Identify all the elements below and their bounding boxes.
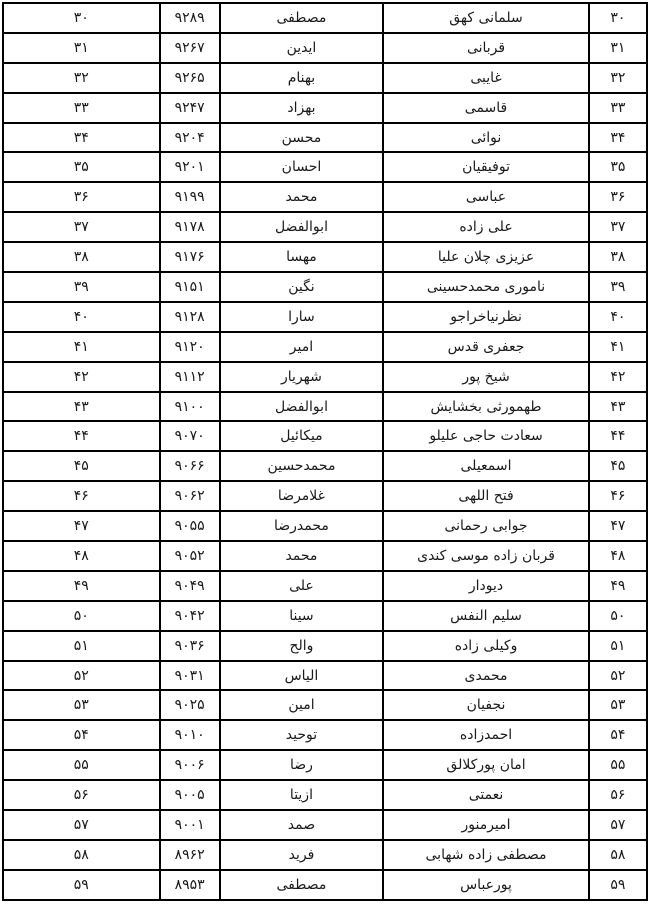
table-row: ۴۷جوابی رحمانیمحمدرضا۹۰۵۵۴۷ — [3, 511, 647, 541]
score-cell: ۹۰۴۲ — [160, 601, 220, 631]
score-cell: ۹۲۴۷ — [160, 93, 220, 123]
first-name-cell: فرید — [220, 840, 384, 870]
rank-left-cell: ۴۴ — [3, 421, 160, 451]
rank-right-cell: ۴۷ — [589, 511, 647, 541]
last-name-cell: نظرنیاخراجو — [383, 302, 589, 332]
rank-left-cell: ۳۷ — [3, 212, 160, 242]
score-cell: ۹۱۲۸ — [160, 302, 220, 332]
first-name-cell: ایدین — [220, 33, 384, 63]
rank-left-cell: ۴۶ — [3, 481, 160, 511]
rank-left-cell: ۳۶ — [3, 182, 160, 212]
last-name-cell: احمدزاده — [383, 720, 589, 750]
first-name-cell: غلامرضا — [220, 481, 384, 511]
rank-left-cell: ۳۱ — [3, 33, 160, 63]
last-name-cell: محمدی — [383, 661, 589, 691]
first-name-cell: مهسا — [220, 242, 384, 272]
last-name-cell: علی زاده — [383, 212, 589, 242]
first-name-cell: احسان — [220, 152, 384, 182]
score-cell: ۸۹۵۳ — [160, 870, 220, 900]
last-name-cell: اسمعیلی — [383, 451, 589, 481]
rank-left-cell: ۴۷ — [3, 511, 160, 541]
table-row: ۴۸قربان زاده موسی کندیمحمد۹۰۵۲۴۸ — [3, 541, 647, 571]
first-name-cell: مصطفی — [220, 870, 384, 900]
table-row: ۵۴احمدزادهتوحید۹۰۱۰۵۴ — [3, 720, 647, 750]
table-row: ۵۵امان پورکلالقرضا۹۰۰۶۵۵ — [3, 750, 647, 780]
last-name-cell: سلیم النفس — [383, 601, 589, 631]
table-row: ۵۳نجفیانامین۹۰۲۵۵۳ — [3, 690, 647, 720]
score-cell: ۹۲۶۵ — [160, 63, 220, 93]
first-name-cell: امیر — [220, 332, 384, 362]
rank-left-cell: ۵۸ — [3, 840, 160, 870]
table-row: ۴۴سعادت حاجی علیلومیکائیل۹۰۷۰۴۴ — [3, 421, 647, 451]
rank-right-cell: ۵۵ — [589, 750, 647, 780]
first-name-cell: میکائیل — [220, 421, 384, 451]
rank-right-cell: ۵۶ — [589, 780, 647, 810]
last-name-cell: دیودار — [383, 571, 589, 601]
table-row: ۳۱قربانیایدین۹۲۶۷۳۱ — [3, 33, 647, 63]
score-cell: ۹۰۵۲ — [160, 541, 220, 571]
rank-left-cell: ۳۵ — [3, 152, 160, 182]
rank-right-cell: ۴۴ — [589, 421, 647, 451]
last-name-cell: مصطفی زاده شهابی — [383, 840, 589, 870]
table-row: ۵۰سلیم النفسسینا۹۰۴۲۵۰ — [3, 601, 647, 631]
last-name-cell: عزیزی چلان علیا — [383, 242, 589, 272]
results-table: ۳۰سلمانی کهقمصطفی۹۲۸۹۳۰۳۱قربانیایدین۹۲۶۷… — [2, 2, 648, 901]
table-row: ۳۳قاسمیبهزاد۹۲۴۷۳۳ — [3, 93, 647, 123]
score-cell: ۹۰۰۱ — [160, 810, 220, 840]
table-row: ۴۹دیودارعلی۹۰۴۹۴۹ — [3, 571, 647, 601]
first-name-cell: صمد — [220, 810, 384, 840]
score-cell: ۹۲۰۱ — [160, 152, 220, 182]
rank-left-cell: ۵۳ — [3, 690, 160, 720]
last-name-cell: سلمانی کهق — [383, 3, 589, 33]
table-row: ۳۰سلمانی کهقمصطفی۹۲۸۹۳۰ — [3, 3, 647, 33]
rank-right-cell: ۳۱ — [589, 33, 647, 63]
rank-right-cell: ۴۲ — [589, 362, 647, 392]
last-name-cell: عباسی — [383, 182, 589, 212]
table-row: ۵۷امیرمنورصمد۹۰۰۱۵۷ — [3, 810, 647, 840]
rank-right-cell: ۴۱ — [589, 332, 647, 362]
rank-left-cell: ۳۸ — [3, 242, 160, 272]
rank-left-cell: ۵۵ — [3, 750, 160, 780]
last-name-cell: ناموری محمدحسینی — [383, 272, 589, 302]
first-name-cell: سینا — [220, 601, 384, 631]
last-name-cell: پورعباس — [383, 870, 589, 900]
last-name-cell: توفیقیان — [383, 152, 589, 182]
score-cell: ۹۰۳۶ — [160, 631, 220, 661]
rank-right-cell: ۳۰ — [589, 3, 647, 33]
last-name-cell: غایبی — [383, 63, 589, 93]
first-name-cell: محمد — [220, 541, 384, 571]
first-name-cell: سارا — [220, 302, 384, 332]
score-cell: ۹۱۷۶ — [160, 242, 220, 272]
score-cell: ۹۰۴۹ — [160, 571, 220, 601]
rank-right-cell: ۳۳ — [589, 93, 647, 123]
table-row: ۵۹پورعباسمصطفی۸۹۵۳۵۹ — [3, 870, 647, 900]
score-cell: ۹۰۱۰ — [160, 720, 220, 750]
last-name-cell: جوابی رحمانی — [383, 511, 589, 541]
last-name-cell: طهمورثی بخشایش — [383, 392, 589, 422]
table-row: ۴۲شیخ پورشهریار۹۱۱۲۴۲ — [3, 362, 647, 392]
last-name-cell: جعفری قدس — [383, 332, 589, 362]
rank-left-cell: ۴۰ — [3, 302, 160, 332]
rank-right-cell: ۴۰ — [589, 302, 647, 332]
rank-right-cell: ۴۹ — [589, 571, 647, 601]
last-name-cell: امان پورکلالق — [383, 750, 589, 780]
table-row: ۳۷علی زادهابوالفضل۹۱۷۸۳۷ — [3, 212, 647, 242]
last-name-cell: وکیلی زاده — [383, 631, 589, 661]
score-cell: ۹۱۵۱ — [160, 272, 220, 302]
first-name-cell: والح — [220, 631, 384, 661]
last-name-cell: قاسمی — [383, 93, 589, 123]
first-name-cell: ابوالفضل — [220, 392, 384, 422]
rank-right-cell: ۴۶ — [589, 481, 647, 511]
first-name-cell: علی — [220, 571, 384, 601]
score-cell: ۹۱۷۸ — [160, 212, 220, 242]
first-name-cell: محمدرضا — [220, 511, 384, 541]
rank-left-cell: ۴۸ — [3, 541, 160, 571]
table-row: ۵۶نعمتیازیتا۹۰۰۵۵۶ — [3, 780, 647, 810]
last-name-cell: نجفیان — [383, 690, 589, 720]
last-name-cell: سعادت حاجی علیلو — [383, 421, 589, 451]
first-name-cell: رضا — [220, 750, 384, 780]
rank-left-cell: ۵۹ — [3, 870, 160, 900]
first-name-cell: محسن — [220, 123, 384, 153]
rank-right-cell: ۳۲ — [589, 63, 647, 93]
rank-right-cell: ۴۸ — [589, 541, 647, 571]
first-name-cell: بهزاد — [220, 93, 384, 123]
rank-left-cell: ۵۶ — [3, 780, 160, 810]
rank-right-cell: ۵۰ — [589, 601, 647, 631]
rank-right-cell: ۵۸ — [589, 840, 647, 870]
table-row: ۴۰نظرنیاخراجوسارا۹۱۲۸۴۰ — [3, 302, 647, 332]
first-name-cell: محمد — [220, 182, 384, 212]
rank-left-cell: ۵۲ — [3, 661, 160, 691]
rank-right-cell: ۵۳ — [589, 690, 647, 720]
last-name-cell: نوائی — [383, 123, 589, 153]
rank-left-cell: ۵۱ — [3, 631, 160, 661]
rank-right-cell: ۴۳ — [589, 392, 647, 422]
first-name-cell: بهنام — [220, 63, 384, 93]
score-cell: ۹۰۰۵ — [160, 780, 220, 810]
page: ۳۰سلمانی کهقمصطفی۹۲۸۹۳۰۳۱قربانیایدین۹۲۶۷… — [0, 0, 650, 905]
table-row: ۴۵اسمعیلیمحمدحسین۹۰۶۶۴۵ — [3, 451, 647, 481]
rank-left-cell: ۳۴ — [3, 123, 160, 153]
rank-left-cell: ۵۷ — [3, 810, 160, 840]
last-name-cell: شیخ پور — [383, 362, 589, 392]
rank-right-cell: ۳۴ — [589, 123, 647, 153]
table-row: ۴۳طهمورثی بخشایشابوالفضل۹۱۰۰۴۳ — [3, 392, 647, 422]
rank-left-cell: ۵۴ — [3, 720, 160, 750]
last-name-cell: قربانی — [383, 33, 589, 63]
table-row: ۳۴نوائیمحسن۹۲۰۴۳۴ — [3, 123, 647, 153]
rank-right-cell: ۵۷ — [589, 810, 647, 840]
first-name-cell: محمدحسین — [220, 451, 384, 481]
score-cell: ۹۰۷۰ — [160, 421, 220, 451]
table-row: ۳۸عزیزی چلان علیامهسا۹۱۷۶۳۸ — [3, 242, 647, 272]
table-row: ۵۲محمدیالیاس۹۰۳۱۵۲ — [3, 661, 647, 691]
rank-left-cell: ۴۵ — [3, 451, 160, 481]
rank-right-cell: ۵۴ — [589, 720, 647, 750]
first-name-cell: ابوالفضل — [220, 212, 384, 242]
first-name-cell: شهریار — [220, 362, 384, 392]
rank-left-cell: ۳۰ — [3, 3, 160, 33]
rank-right-cell: ۵۱ — [589, 631, 647, 661]
rank-left-cell: ۴۱ — [3, 332, 160, 362]
first-name-cell: نگین — [220, 272, 384, 302]
score-cell: ۹۲۶۷ — [160, 33, 220, 63]
rank-right-cell: ۳۷ — [589, 212, 647, 242]
rank-right-cell: ۳۸ — [589, 242, 647, 272]
table-row: ۵۸مصطفی زاده شهابیفرید۸۹۶۲۵۸ — [3, 840, 647, 870]
rank-right-cell: ۵۹ — [589, 870, 647, 900]
score-cell: ۹۰۵۵ — [160, 511, 220, 541]
rank-right-cell: ۳۵ — [589, 152, 647, 182]
table-row: ۳۵توفیقیاناحسان۹۲۰۱۳۵ — [3, 152, 647, 182]
last-name-cell: قربان زاده موسی کندی — [383, 541, 589, 571]
rank-left-cell: ۳۲ — [3, 63, 160, 93]
table-row: ۳۹ناموری محمدحسینینگین۹۱۵۱۳۹ — [3, 272, 647, 302]
table-row: ۴۱جعفری قدسامیر۹۱۲۰۴۱ — [3, 332, 647, 362]
first-name-cell: امین — [220, 690, 384, 720]
score-cell: ۹۰۶۲ — [160, 481, 220, 511]
rank-right-cell: ۳۶ — [589, 182, 647, 212]
score-cell: ۹۰۰۶ — [160, 750, 220, 780]
last-name-cell: فتح اللهی — [383, 481, 589, 511]
first-name-cell: توحید — [220, 720, 384, 750]
score-cell: ۹۱۰۰ — [160, 392, 220, 422]
rank-left-cell: ۴۹ — [3, 571, 160, 601]
rank-left-cell: ۴۲ — [3, 362, 160, 392]
score-cell: ۹۲۸۹ — [160, 3, 220, 33]
score-cell: ۹۱۲۰ — [160, 332, 220, 362]
last-name-cell: امیرمنور — [383, 810, 589, 840]
table-row: ۵۱وکیلی زادهوالح۹۰۳۶۵۱ — [3, 631, 647, 661]
score-cell: ۹۰۲۵ — [160, 690, 220, 720]
table-row: ۴۶فتح اللهیغلامرضا۹۰۶۲۴۶ — [3, 481, 647, 511]
results-table-body: ۳۰سلمانی کهقمصطفی۹۲۸۹۳۰۳۱قربانیایدین۹۲۶۷… — [3, 3, 647, 900]
table-row: ۳۶عباسیمحمد۹۱۹۹۳۶ — [3, 182, 647, 212]
rank-right-cell: ۴۵ — [589, 451, 647, 481]
first-name-cell: الیاس — [220, 661, 384, 691]
rank-left-cell: ۴۳ — [3, 392, 160, 422]
rank-right-cell: ۵۲ — [589, 661, 647, 691]
rank-left-cell: ۳۳ — [3, 93, 160, 123]
rank-right-cell: ۳۹ — [589, 272, 647, 302]
score-cell: ۹۱۹۹ — [160, 182, 220, 212]
rank-left-cell: ۳۹ — [3, 272, 160, 302]
table-row: ۳۲غایبیبهنام۹۲۶۵۳۲ — [3, 63, 647, 93]
score-cell: ۹۱۱۲ — [160, 362, 220, 392]
last-name-cell: نعمتی — [383, 780, 589, 810]
score-cell: ۸۹۶۲ — [160, 840, 220, 870]
score-cell: ۹۰۳۱ — [160, 661, 220, 691]
first-name-cell: ازیتا — [220, 780, 384, 810]
rank-left-cell: ۵۰ — [3, 601, 160, 631]
first-name-cell: مصطفی — [220, 3, 384, 33]
score-cell: ۹۰۶۶ — [160, 451, 220, 481]
score-cell: ۹۲۰۴ — [160, 123, 220, 153]
